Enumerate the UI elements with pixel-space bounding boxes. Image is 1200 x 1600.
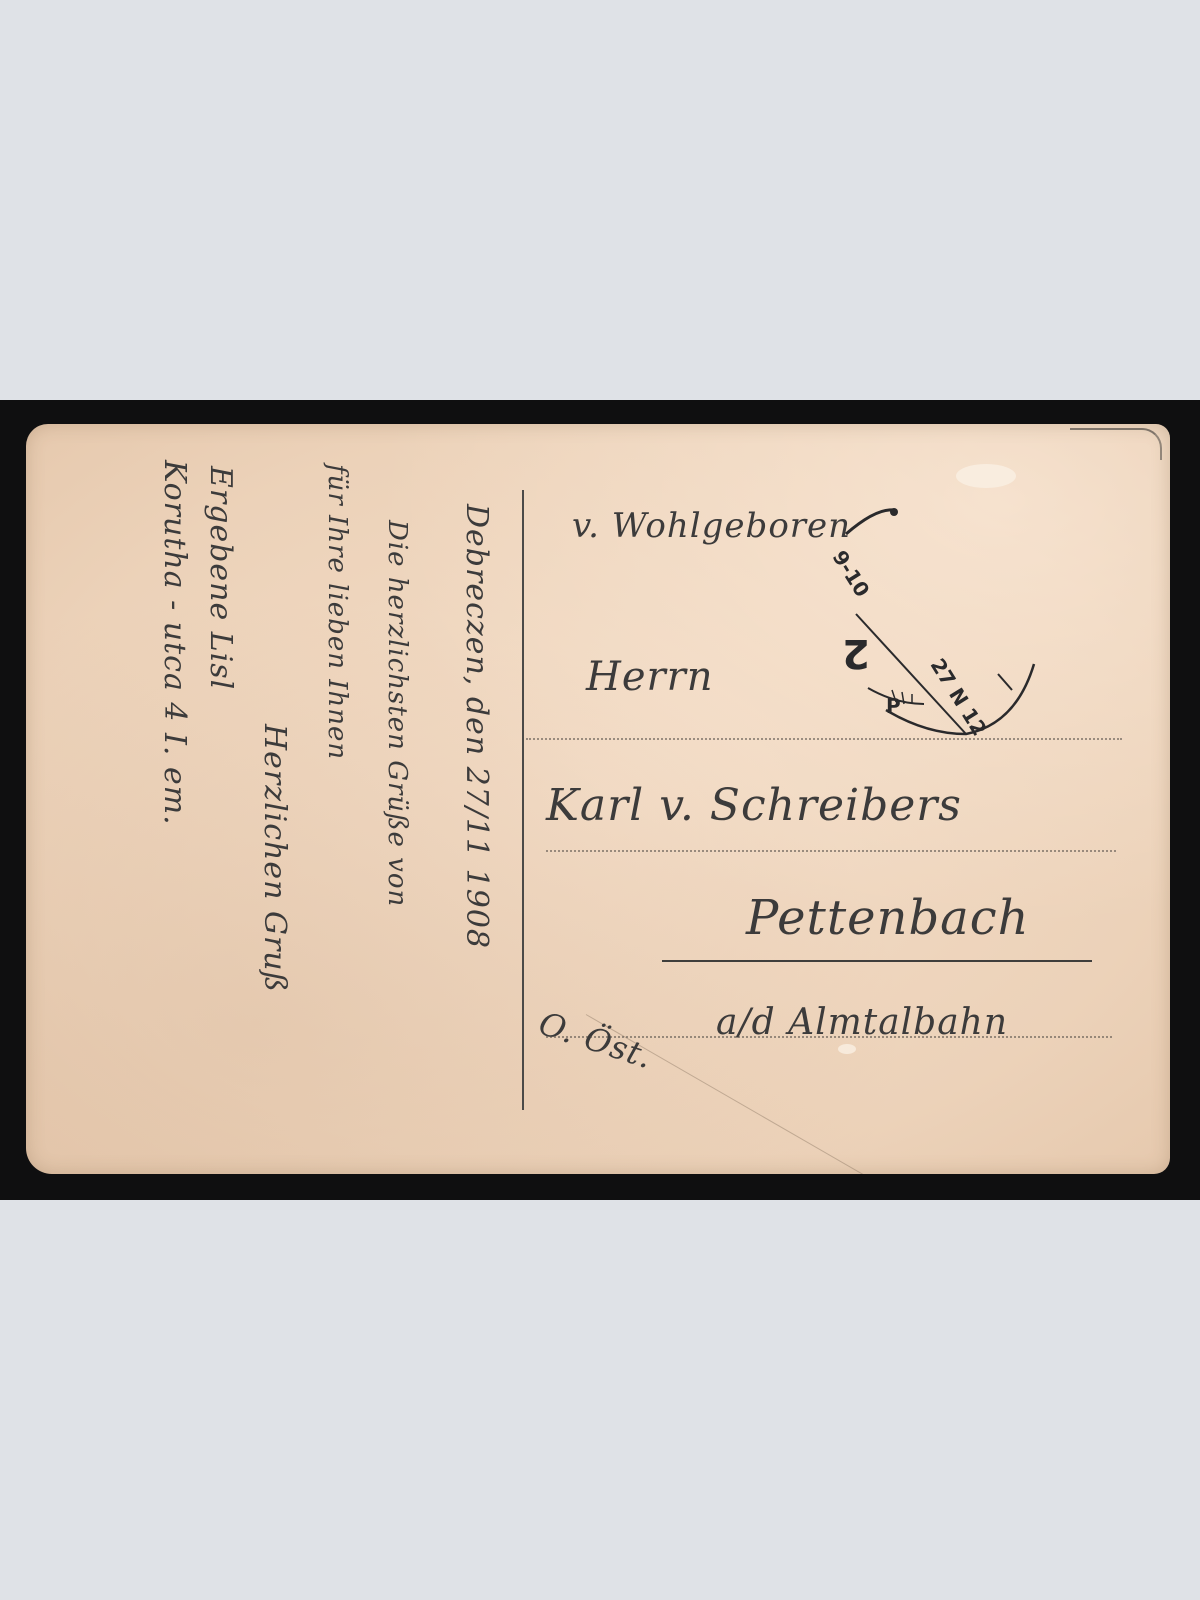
paper-stain: [838, 1044, 856, 1054]
message-line: für Ihre lieben Ihnen: [322, 464, 352, 760]
paper-stain: [956, 464, 1016, 488]
message-line-closing: Herzlichen Gruß: [257, 724, 292, 993]
postmark-letter: P: [886, 694, 901, 718]
address-recipient-name: Karl v. Schreibers: [546, 780, 962, 831]
postmark-day: 2: [842, 630, 870, 676]
address-line-rule: [546, 1036, 1112, 1038]
address-line-rule: [546, 850, 1116, 852]
postmark-stamp: 9-10 2 27 N 12 P: [816, 504, 1036, 744]
center-divider: [522, 490, 524, 1110]
message-line-signature: Ergebene Lisl: [203, 466, 238, 690]
address-country: O. Öst.: [534, 1004, 657, 1076]
message-line-date: Debreczen, den 27/11 1908: [459, 504, 494, 949]
address-town-underline: [662, 960, 1092, 962]
postcard: Debreczen, den 27/11 1908 Die herzlichst…: [26, 424, 1170, 1174]
postmark-circle-icon: [816, 504, 1036, 744]
corner-crease: [1070, 428, 1162, 460]
message-line: Die herzlichsten Grüße von: [382, 520, 412, 907]
message-line-sender-address: Korutha - utca 4 I. em.: [157, 460, 192, 826]
address-honorific: v. Wohlgeboren: [572, 506, 851, 546]
address-town: Pettenbach: [746, 890, 1030, 946]
address-salutation: Herrn: [586, 654, 714, 700]
